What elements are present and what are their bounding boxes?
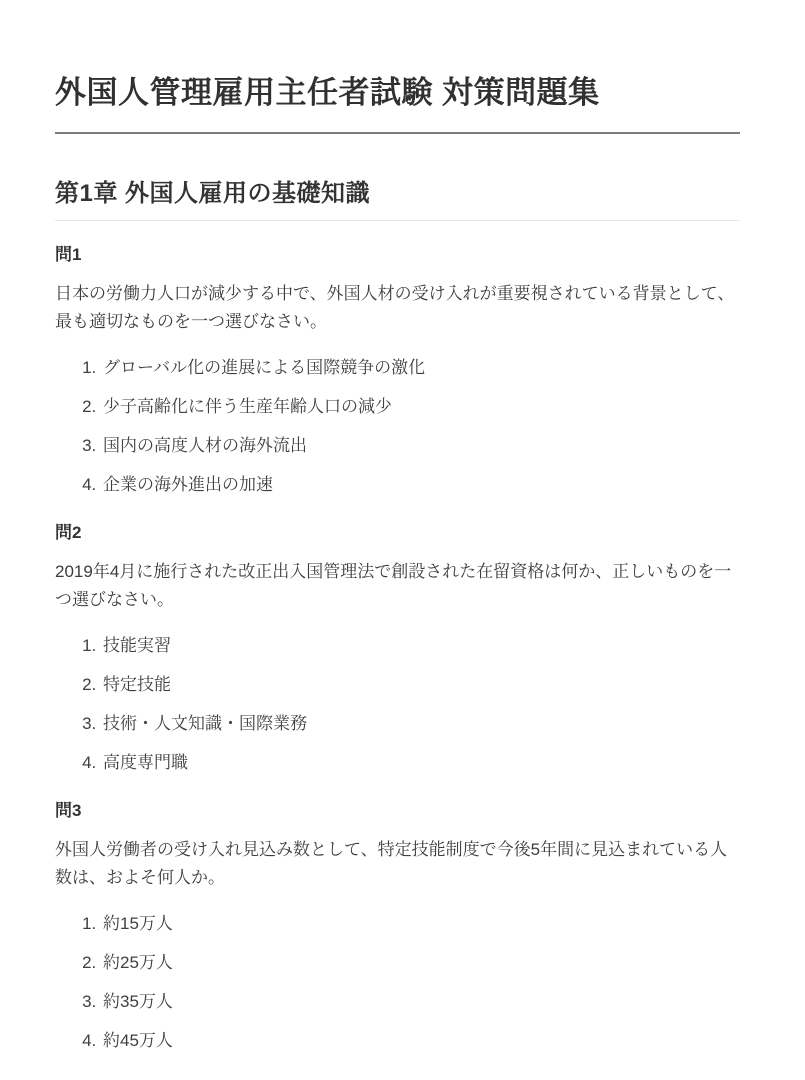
question-label: 問3 [55,797,740,824]
question-option: 約45万人 [101,1027,740,1055]
question-text: 外国人労働者の受け入れ見込み数として、特定技能制度で今後5年間に見込まれている人… [55,836,740,892]
question-option: 技能実習 [101,632,740,660]
question-option: 高度専門職 [101,749,740,777]
question-option: 約15万人 [101,910,740,938]
question-block: 問1 日本の労働力人口が減少する中で、外国人材の受け入れが重要視されている背景と… [55,241,740,499]
question-block: 問3 外国人労働者の受け入れ見込み数として、特定技能制度で今後5年間に見込まれて… [55,797,740,1055]
question-label: 問1 [55,241,740,268]
question-text: 2019年4月に施行された改正出入国管理法で創設された在留資格は何か、正しいもの… [55,558,740,614]
question-option: 技術・人文知識・国際業務 [101,710,740,738]
questions-section: 問1 日本の労働力人口が減少する中で、外国人材の受け入れが重要視されている背景と… [55,241,740,1055]
question-text: 日本の労働力人口が減少する中で、外国人材の受け入れが重要視されている背景として、… [55,280,740,336]
question-option: 少子高齢化に伴う生産年齢人口の減少 [101,393,740,421]
question-label: 問2 [55,519,740,546]
question-option: 特定技能 [101,671,740,699]
document-title: 外国人管理雇用主任者試験 対策問題集 [55,72,740,134]
question-option: 国内の高度人材の海外流出 [101,432,740,460]
question-block: 問2 2019年4月に施行された改正出入国管理法で創設された在留資格は何か、正し… [55,519,740,777]
question-option: 企業の海外進出の加速 [101,471,740,499]
chapter-heading: 第1章 外国人雇用の基礎知識 [55,178,740,221]
document-page: 外国人管理雇用主任者試験 対策問題集 第1章 外国人雇用の基礎知識 問1 日本の… [0,0,805,1080]
question-option: 約35万人 [101,988,740,1016]
question-options-list: 約15万人約25万人約35万人約45万人 [55,910,740,1055]
question-options-list: 技能実習特定技能技術・人文知識・国際業務高度専門職 [55,632,740,777]
question-options-list: グローバル化の進展による国際競争の激化少子高齢化に伴う生産年齢人口の減少国内の高… [55,354,740,499]
question-option: 約25万人 [101,949,740,977]
question-option: グローバル化の進展による国際競争の激化 [101,354,740,382]
